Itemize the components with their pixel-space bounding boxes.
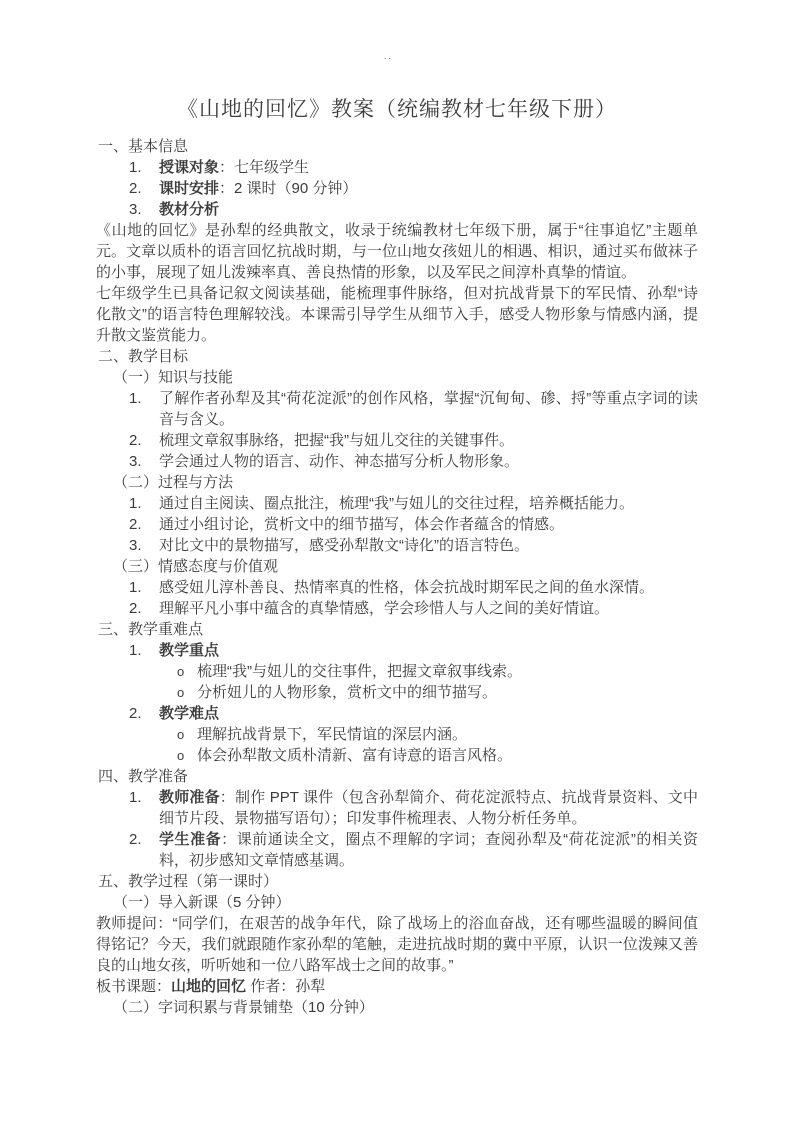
goal-item: 2. 理解平凡小事中蕴含的真挚情感，学会珍惜人与人之间的美好情谊。 xyxy=(96,598,698,619)
teacher-question-paragraph: 教师提问：“同学们，在艰苦的战争年代，除了战场上的浴血奋战，还有哪些温暖的瞬间值… xyxy=(96,913,698,976)
list-item-material-analysis: 3. 教材分析 xyxy=(96,199,698,220)
bullet-item: o 理解抗战背景下，军民情谊的深层内涵。 xyxy=(96,724,698,745)
board-topic-line: 板书课题：山地的回忆 作者：孙犁 xyxy=(96,976,698,997)
item-label: 授课对象 xyxy=(159,159,219,176)
list-number: 1. xyxy=(129,388,159,430)
circle-bullet-icon: o xyxy=(177,745,197,766)
list-number: 3. xyxy=(129,451,159,472)
list-text: 教学难点 xyxy=(159,703,698,724)
goal-item: 3. 学会通过人物的语言、动作、神态描写分析人物形象。 xyxy=(96,451,698,472)
heading-basic-info: 一、基本信息 xyxy=(98,136,698,157)
circle-bullet-icon: o xyxy=(177,724,197,745)
item-value: ：2 课时（90 分钟） xyxy=(219,180,357,197)
list-number: 1. xyxy=(129,640,159,661)
bullet-item: o 分析妞儿的人物形象，赏析文中的细节描写。 xyxy=(96,682,698,703)
list-number: 1. xyxy=(129,493,159,514)
list-text: 理解平凡小事中蕴含的真挚情感，学会珍惜人与人之间的美好情谊。 xyxy=(159,598,698,619)
subheading-emotion-values: （三）情感态度与价值观 xyxy=(113,556,698,577)
list-number: 2. xyxy=(129,430,159,451)
list-number: 3. xyxy=(129,199,159,220)
list-number: 2. xyxy=(129,178,159,199)
list-number: 1. xyxy=(129,577,159,598)
goal-item: 3. 对比文中的景物描写，感受孙犁散文“诗化”的语言特色。 xyxy=(96,535,698,556)
list-number: 3. xyxy=(129,535,159,556)
board-topic-title: 山地的回忆 xyxy=(171,978,246,995)
goal-item: 1. 通过自主阅读、圈点批注，梳理“我”与妞儿的交往过程，培养概括能力。 xyxy=(96,493,698,514)
heading-teaching-preparation: 四、教学准备 xyxy=(98,766,698,787)
list-text: 学会通过人物的语言、动作、神态描写分析人物形象。 xyxy=(159,451,698,472)
list-text: 教材分析 xyxy=(159,199,698,220)
list-text: 通过小组讨论，赏析文中的细节描写，体会作者蕴含的情感。 xyxy=(159,514,698,535)
goal-item: 1. 了解作者孙犁及其“荷花淀派”的创作风格，掌握“沉甸甸、碜、捋”等重点字词的… xyxy=(96,388,698,430)
list-item-schedule: 2. 课时安排：2 课时（90 分钟） xyxy=(96,178,698,199)
list-text: 教学重点 xyxy=(159,640,698,661)
list-text: 梳理文章叙事脉络，把握“我”与妞儿交往的关键事件。 xyxy=(159,430,698,451)
bullet-text: 理解抗战背景下，军民情谊的深层内涵。 xyxy=(197,724,698,745)
list-item-difficult-points: 2. 教学难点 xyxy=(96,703,698,724)
item-label: 教师准备 xyxy=(159,789,220,806)
item-label: 教材分析 xyxy=(159,201,219,218)
material-analysis-paragraph-1: 《山地的回忆》是孙犁的经典散文，收录于统编教材七年级下册，属于“往事追忆”主题单… xyxy=(96,220,698,283)
item-label: 教学难点 xyxy=(159,705,219,722)
goal-item: 2. 通过小组讨论，赏析文中的细节描写，体会作者蕴含的情感。 xyxy=(96,514,698,535)
bullet-text: 体会孙犁散文质朴清新、富有诗意的语言风格。 xyxy=(197,745,698,766)
item-value: ：课前通读全文，圈点不理解的字词；查阅孙犁及“荷花淀派”的相关资料，初步感知文章… xyxy=(159,831,698,869)
page-header-mark: .. xyxy=(384,52,392,61)
list-text: 对比文中的景物描写，感受孙犁散文“诗化”的语言特色。 xyxy=(159,535,698,556)
board-topic-author: 作者：孙犁 xyxy=(246,978,325,995)
bullet-item: o 梳理“我”与妞儿的交往事件，把握文章叙事线索。 xyxy=(96,661,698,682)
circle-bullet-icon: o xyxy=(177,661,197,682)
subheading-lesson-intro: （一）导入新课（5 分钟） xyxy=(113,892,698,913)
list-item-audience: 1. 授课对象：七年级学生 xyxy=(96,157,698,178)
circle-bullet-icon: o xyxy=(177,682,197,703)
list-text: 通过自主阅读、圈点批注，梳理“我”与妞儿的交往过程，培养概括能力。 xyxy=(159,493,698,514)
bullet-item: o 体会孙犁散文质朴清新、富有诗意的语言风格。 xyxy=(96,745,698,766)
item-label: 学生准备 xyxy=(159,831,221,848)
bullet-text: 梳理“我”与妞儿的交往事件，把握文章叙事线索。 xyxy=(197,661,698,682)
material-analysis-paragraph-2: 七年级学生已具备记叙文阅读基础，能梳理事件脉络，但对抗战背景下的军民情、孙犁“诗… xyxy=(96,283,698,346)
subheading-process-methods: （二）过程与方法 xyxy=(113,472,698,493)
list-text: 教师准备：制作 PPT 课件（包含孙犁简介、荷花淀派特点、抗战背景资料、文中细节… xyxy=(159,787,698,829)
heading-key-difficult-points: 三、教学重难点 xyxy=(98,619,698,640)
item-label: 课时安排 xyxy=(159,180,219,197)
heading-teaching-process: 五、教学过程（第一课时） xyxy=(98,871,698,892)
list-item-student-prep: 2. 学生准备：课前通读全文，圈点不理解的字词；查阅孙犁及“荷花淀派”的相关资料… xyxy=(96,829,698,871)
lesson-plan-document-page: .. 《山地的回忆》教案（统编教材七年级下册） 一、基本信息 1. 授课对象：七… xyxy=(0,0,794,1123)
item-value: ：制作 PPT 课件（包含孙犁简介、荷花淀派特点、抗战背景资料、文中细节片段、景… xyxy=(159,789,698,827)
list-text: 感受妞儿淳朴善良、热情率真的性格，体会抗战时期军民之间的鱼水深情。 xyxy=(159,577,698,598)
list-text: 授课对象：七年级学生 xyxy=(159,157,698,178)
list-item-key-points: 1. 教学重点 xyxy=(96,640,698,661)
list-number: 2. xyxy=(129,829,159,871)
goal-item: 1. 感受妞儿淳朴善良、热情率真的性格，体会抗战时期军民之间的鱼水深情。 xyxy=(96,577,698,598)
list-number: 1. xyxy=(129,787,159,829)
board-topic-prefix: 板书课题： xyxy=(96,978,171,995)
item-value: ：七年级学生 xyxy=(219,159,309,176)
list-number: 2. xyxy=(129,514,159,535)
goal-item: 2. 梳理文章叙事脉络，把握“我”与妞儿交往的关键事件。 xyxy=(96,430,698,451)
document-title: 《山地的回忆》教案（统编教材七年级下册） xyxy=(96,0,698,126)
subheading-knowledge-skills: （一）知识与技能 xyxy=(113,367,698,388)
list-text: 学生准备：课前通读全文，圈点不理解的字词；查阅孙犁及“荷花淀派”的相关资料，初步… xyxy=(159,829,698,871)
list-number: 2. xyxy=(129,598,159,619)
heading-teaching-goals: 二、教学目标 xyxy=(98,346,698,367)
item-label: 教学重点 xyxy=(159,642,219,659)
list-number: 1. xyxy=(129,157,159,178)
list-text: 课时安排：2 课时（90 分钟） xyxy=(159,178,698,199)
list-item-teacher-prep: 1. 教师准备：制作 PPT 课件（包含孙犁简介、荷花淀派特点、抗战背景资料、文… xyxy=(96,787,698,829)
subheading-vocab-background: （二）字词积累与背景铺垫（10 分钟） xyxy=(113,997,698,1018)
list-number: 2. xyxy=(129,703,159,724)
bullet-text: 分析妞儿的人物形象，赏析文中的细节描写。 xyxy=(197,682,698,703)
list-text: 了解作者孙犁及其“荷花淀派”的创作风格，掌握“沉甸甸、碜、捋”等重点字词的读音与… xyxy=(159,388,698,430)
